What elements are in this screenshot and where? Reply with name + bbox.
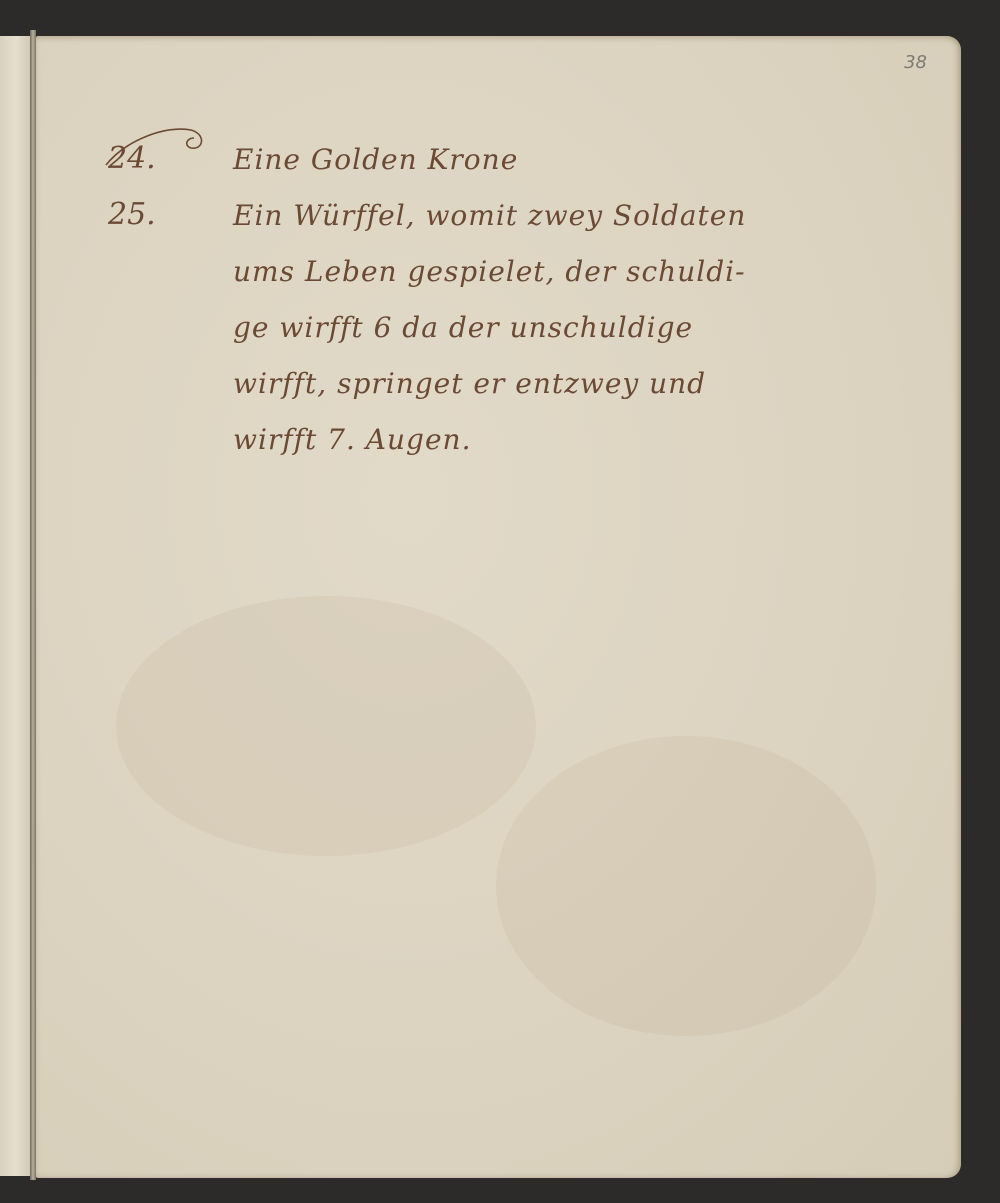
entry-line: ge wirfft 6 da der unschuldige bbox=[233, 300, 958, 356]
entry-25: 25. Ein Würffel, womit zwey Soldaten ums… bbox=[108, 188, 958, 468]
entry-number: 24. bbox=[108, 132, 198, 186]
entry-24: 24. Eine Golden Krone bbox=[108, 132, 958, 188]
entry-line: Ein Würffel, womit zwey Soldaten bbox=[233, 188, 958, 244]
entry-text: Eine Golden Krone bbox=[233, 132, 958, 188]
entry-line: wirfft, springet er entzwey und bbox=[233, 356, 958, 412]
entry-list: 24. Eine Golden Krone 25. Ein Würffel, w… bbox=[108, 132, 958, 468]
paper-stain bbox=[496, 736, 876, 1036]
paper-stain bbox=[116, 596, 536, 856]
manuscript-page: 38 24. Eine Golden Krone 25. Ein Würffel… bbox=[36, 36, 961, 1178]
entry-line: wirfft 7. Augen. bbox=[233, 412, 958, 468]
entry-line: ums Leben gespielet, der schuldi- bbox=[233, 244, 958, 300]
entry-text: Ein Würffel, womit zwey Soldaten ums Leb… bbox=[233, 188, 958, 468]
entry-number: 25. bbox=[108, 188, 198, 242]
page-number: 38 bbox=[904, 52, 927, 73]
entry-line: Eine Golden Krone bbox=[233, 132, 958, 188]
facing-page-edge bbox=[0, 36, 34, 1176]
